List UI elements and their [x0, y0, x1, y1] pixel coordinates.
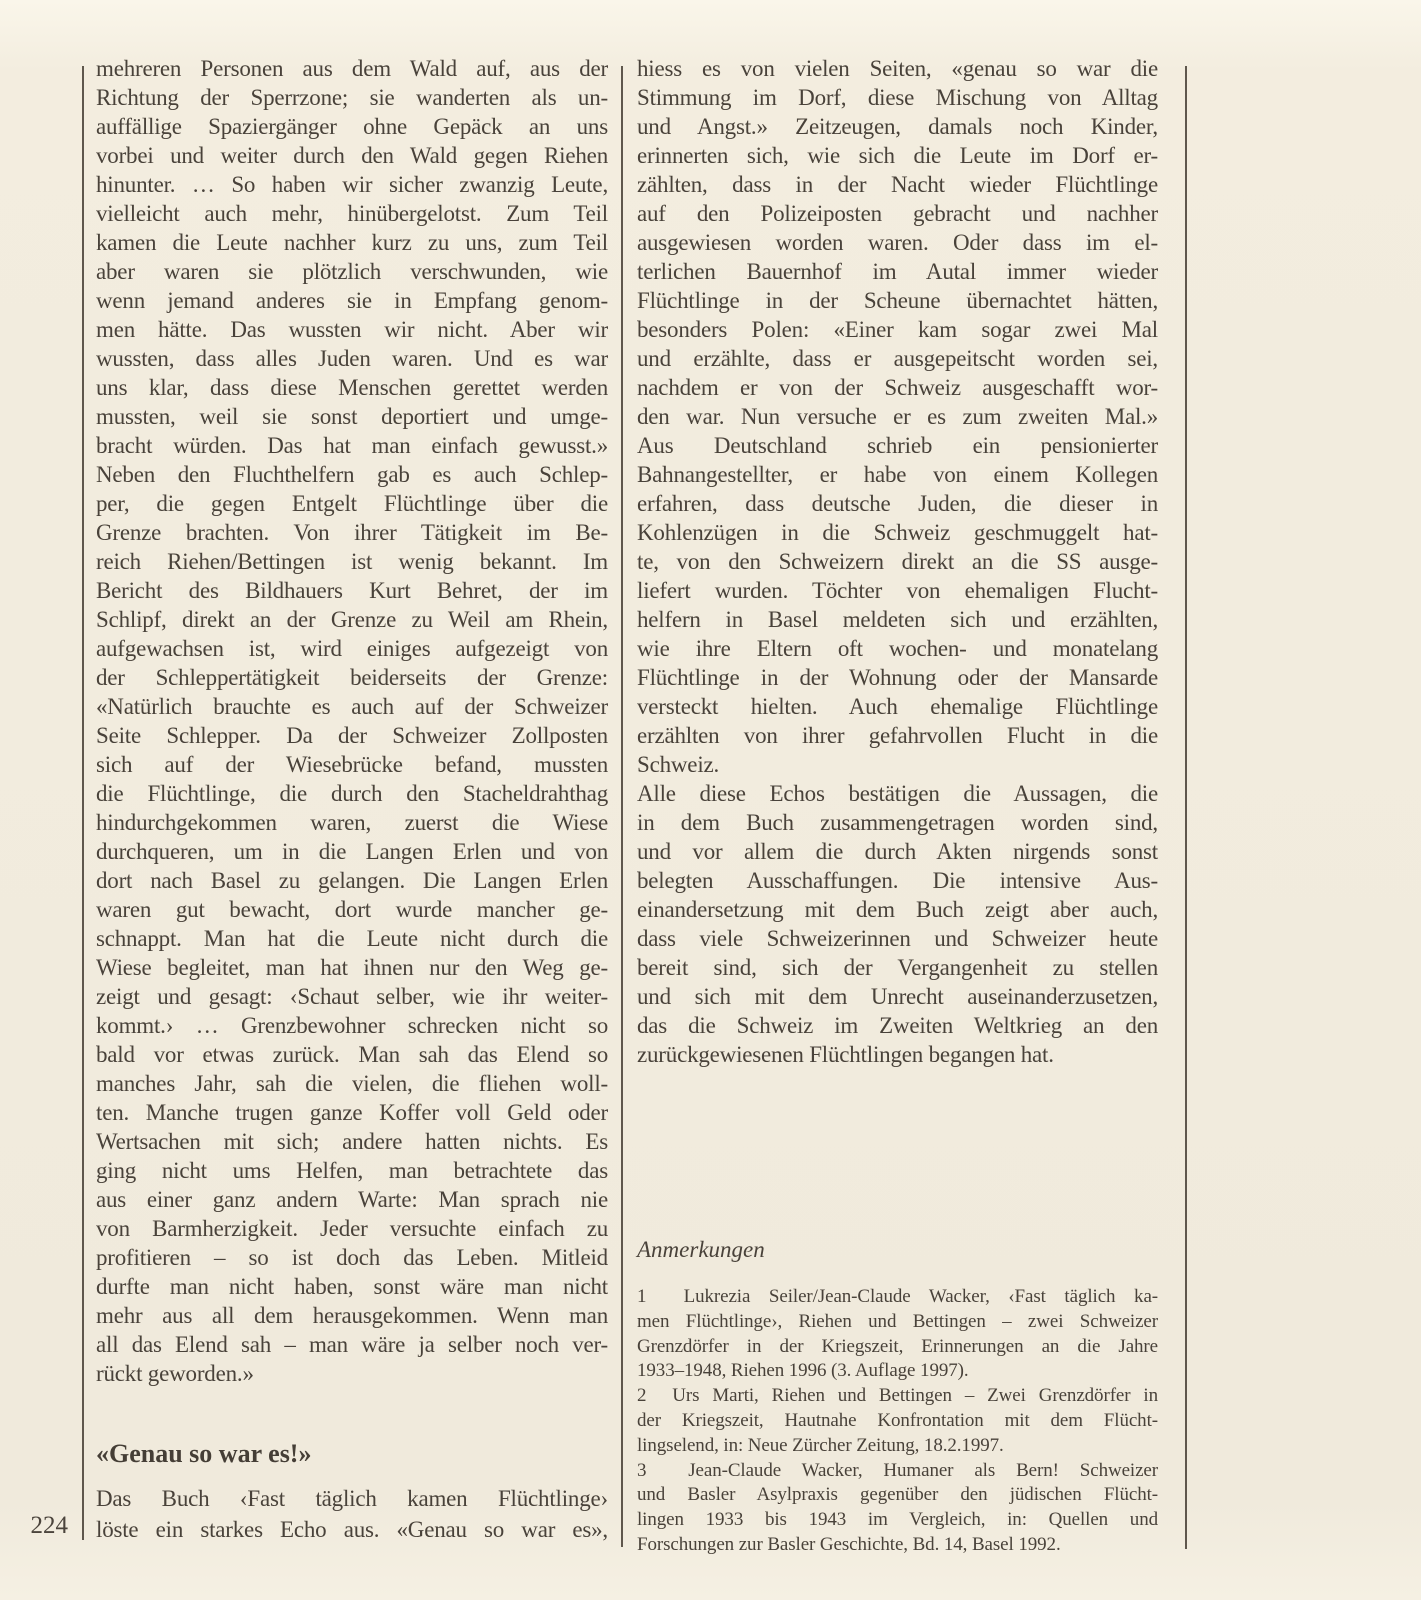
text-line: ging nicht ums Helfen, man betrachtete d…	[96, 1156, 608, 1185]
text-line: versteckt hielten. Auch ehemalige Flücht…	[637, 692, 1158, 721]
text-line: per, die gegen Entgelt Flüchtlinge über …	[96, 489, 608, 518]
text-line: und erzählte, dass er ausgepeitscht word…	[637, 344, 1158, 373]
text-line: erzählten von ihrer gefahrvollen Flucht …	[637, 721, 1158, 750]
text-line: wussten, dass alles Juden waren. Und es …	[96, 344, 608, 373]
footnote-line: men Flüchtlinge›, Riehen und Bettingen –…	[637, 1310, 1158, 1335]
left-column-text-after-heading: Das Buch ‹Fast täglich kamen Flüchtlinge…	[96, 1483, 608, 1545]
text-line: auffällige Spaziergänger ohne Gepäck an …	[96, 112, 608, 141]
text-line: erfahren, dass deutsche Juden, die diese…	[637, 489, 1158, 518]
text-line: Schlipf, direkt an der Grenze zu Weil am…	[96, 605, 608, 634]
text-line: besonders Polen: «Einer kam sogar zwei M…	[637, 315, 1158, 344]
text-line: Neben den Fluchthelfern gab es auch Schl…	[96, 460, 608, 489]
text-line: Bericht des Bildhauers Kurt Behret, der …	[96, 576, 608, 605]
footnote-line: 1 Lukrezia Seiler/Jean-Claude Wacker, ‹F…	[637, 1285, 1158, 1310]
text-line: ausgewiesen worden waren. Oder dass im e…	[637, 228, 1158, 257]
text-line: sich auf der Wiesebrücke befand, mussten	[96, 750, 608, 779]
footnote-line: lingselend, in: Neue Zürcher Zeitung, 18…	[637, 1434, 1158, 1459]
footnote-line: Grenzdörfer in der Kriegszeit, Erinnerun…	[637, 1335, 1158, 1360]
text-line: Wiese begleitet, man hat ihnen nur den W…	[96, 953, 608, 982]
text-line: von Barmherzigkeit. Jeder versuchte einf…	[96, 1214, 608, 1243]
text-line: mehreren Personen aus dem Wald auf, aus …	[96, 54, 608, 83]
text-line: bracht würden. Das hat man einfach gewus…	[96, 431, 608, 460]
text-line: Das Buch ‹Fast täglich kamen Flüchtlinge…	[96, 1483, 608, 1514]
text-line: hindurchgekommen waren, zuerst die Wiese	[96, 808, 608, 837]
text-line: in dem Buch zusammengetragen worden sind…	[637, 808, 1158, 837]
footnote-line: der Kriegszeit, Hautnahe Konfrontation m…	[637, 1409, 1158, 1434]
text-line: wie ihre Eltern oft wochen- und monatela…	[637, 634, 1158, 663]
text-line: waren gut bewacht, dort wurde mancher ge…	[96, 895, 608, 924]
text-line: liefert wurden. Töchter von ehemaligen F…	[637, 576, 1158, 605]
text-line: kamen die Leute nachher kurz zu uns, zum…	[96, 228, 608, 257]
left-column-rule	[82, 66, 84, 1540]
text-line: dort nach Basel zu gelangen. Die Langen …	[96, 866, 608, 895]
text-line: den war. Nun versuche er es zum zweiten …	[637, 402, 1158, 431]
text-line: hiess es von vielen Seiten, «genau so wa…	[637, 54, 1158, 83]
text-line: Schweiz.	[637, 750, 1158, 779]
text-line: zeigt und gesagt: ‹Schaut selber, wie ih…	[96, 982, 608, 1011]
footnote-line: 2 Urs Marti, Riehen und Bettingen – Zwei…	[637, 1384, 1158, 1409]
text-line: Stimmung im Dorf, diese Mischung von All…	[637, 83, 1158, 112]
text-line: ten. Manche trugen ganze Koffer voll Gel…	[96, 1098, 608, 1127]
text-line: erinnerten sich, wie sich die Leute im D…	[637, 141, 1158, 170]
text-line: bereit sind, sich der Vergangenheit zu s…	[637, 953, 1158, 982]
text-line: aber waren sie plötzlich verschwunden, w…	[96, 257, 608, 286]
footnote-line: lingen 1933 bis 1943 im Vergleich, in: Q…	[637, 1508, 1158, 1533]
footnote-line: 1933–1948, Riehen 1996 (3. Auflage 1997)…	[637, 1359, 1158, 1384]
text-line: bald vor etwas zurück. Man sah das Elend…	[96, 1040, 608, 1069]
text-line: nachdem er von der Schweiz ausgeschafft …	[637, 373, 1158, 402]
text-line: vorbei und weiter durch den Wald gegen R…	[96, 141, 608, 170]
right-column: hiess es von vielen Seiten, «genau so wa…	[637, 54, 1158, 1558]
text-line: aus einer ganz andern Warte: Man sprach …	[96, 1185, 608, 1214]
text-line: und Angst.» Zeitzeugen, damals noch Kind…	[637, 112, 1158, 141]
footnotes-heading: Anmerkungen	[637, 1235, 1158, 1265]
text-line: aufgewachsen ist, wird einiges aufgezeig…	[96, 634, 608, 663]
text-line: Kohlenzügen in die Schweiz geschmuggelt …	[637, 518, 1158, 547]
text-line: Seite Schlepper. Da der Schweizer Zollpo…	[96, 721, 608, 750]
text-line: das die Schweiz im Zweiten Weltkrieg an …	[637, 1011, 1158, 1040]
footnote-line: und Basler Asylpraxis gegenüber den jüdi…	[637, 1483, 1158, 1508]
column-divider-rule	[621, 66, 623, 1547]
footnote-line: Forschungen zur Basler Geschichte, Bd. 1…	[637, 1533, 1158, 1558]
text-line: manches Jahr, sah die vielen, die fliehe…	[96, 1069, 608, 1098]
text-line: vielleicht auch mehr, hinübergelotst. Zu…	[96, 199, 608, 228]
text-line: men hätte. Das wussten wir nicht. Aber w…	[96, 315, 608, 344]
text-line: wenn jemand anderes sie in Empfang genom…	[96, 286, 608, 315]
section-heading: «Genau so war es!»	[96, 1437, 608, 1470]
text-line: die Flüchtlinge, die durch den Stacheldr…	[96, 779, 608, 808]
text-line: Flüchtlinge in der Scheune übernachtet h…	[637, 286, 1158, 315]
right-column-rule	[1185, 66, 1187, 1549]
left-column-text: mehreren Personen aus dem Wald auf, aus …	[96, 54, 608, 1388]
text-line: einandersetzung mit dem Buch zeigt aber …	[637, 895, 1158, 924]
text-line: und sich mit dem Unrecht auseinanderzuse…	[637, 982, 1158, 1011]
text-line: all das Elend sah – man wäre ja selber n…	[96, 1330, 608, 1359]
text-line: Flüchtlinge in der Wohnung oder der Mans…	[637, 663, 1158, 692]
footnote-line: 3 Jean-Claude Wacker, Humaner als Bern! …	[637, 1459, 1158, 1484]
text-line: terlichen Bauernhof im Autal immer wiede…	[637, 257, 1158, 286]
left-column: mehreren Personen aus dem Wald auf, aus …	[96, 54, 608, 1545]
text-line: profitieren – so ist doch das Leben. Mit…	[96, 1243, 608, 1272]
text-line: Richtung der Sperrzone; sie wanderten al…	[96, 83, 608, 112]
text-line: belegten Ausschaffungen. Die intensive A…	[637, 866, 1158, 895]
text-line: durchqueren, um in die Langen Erlen und …	[96, 837, 608, 866]
page-number: 224	[0, 1511, 68, 1541]
text-line: Aus Deutschland schrieb ein pensionierte…	[637, 431, 1158, 460]
footnotes-text: 1 Lukrezia Seiler/Jean-Claude Wacker, ‹F…	[637, 1285, 1158, 1558]
right-column-text: hiess es von vielen Seiten, «genau so wa…	[637, 54, 1158, 1069]
text-line: reich Riehen/Bettingen ist wenig bekannt…	[96, 547, 608, 576]
text-line: dass viele Schweizerinnen und Schweizer …	[637, 924, 1158, 953]
text-line: und vor allem die durch Akten nirgends s…	[637, 837, 1158, 866]
text-line: uns klar, dass diese Menschen gerettet w…	[96, 373, 608, 402]
text-line: te, von den Schweizern direkt an die SS …	[637, 547, 1158, 576]
text-line: durfte man nicht haben, sonst wäre man n…	[96, 1272, 608, 1301]
text-line: löste ein starkes Echo aus. «Genau so wa…	[96, 1514, 608, 1545]
text-line: helfern in Basel meldeten sich und erzäh…	[637, 605, 1158, 634]
text-line: Grenze brachten. Von ihrer Tätigkeit im …	[96, 518, 608, 547]
text-line: zählten, dass in der Nacht wieder Flücht…	[637, 170, 1158, 199]
text-line: zurückgewiesenen Flüchtlingen begangen h…	[637, 1040, 1158, 1069]
text-line: «Natürlich brauchte es auch auf der Schw…	[96, 692, 608, 721]
text-line: hinunter. … So haben wir sicher zwanzig …	[96, 170, 608, 199]
text-line: kommt.› … Grenzbewohner schrecken nicht …	[96, 1011, 608, 1040]
text-line: Bahnangestellter, er habe von einem Koll…	[637, 460, 1158, 489]
text-line: mehr aus all dem herausgekommen. Wenn ma…	[96, 1301, 608, 1330]
text-line: Alle diese Echos bestätigen die Aussagen…	[637, 779, 1158, 808]
text-line: Wertsachen mit sich; andere hatten nicht…	[96, 1127, 608, 1156]
text-line: auf den Polizeiposten gebracht und nachh…	[637, 199, 1158, 228]
text-line: rückt geworden.»	[96, 1359, 608, 1388]
text-line: mussten, weil sie sonst deportiert und u…	[96, 402, 608, 431]
text-line: der Schleppertätigkeit beiderseits der G…	[96, 663, 608, 692]
text-line: schnappt. Man hat die Leute nicht durch …	[96, 924, 608, 953]
book-page: 224 mehreren Personen aus dem Wald auf, …	[0, 0, 1421, 1600]
